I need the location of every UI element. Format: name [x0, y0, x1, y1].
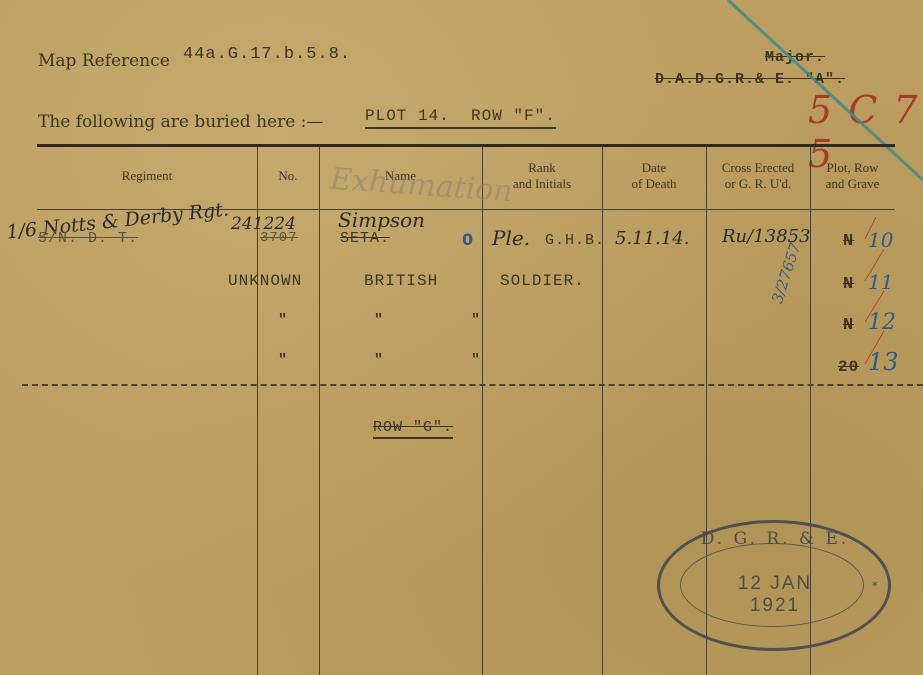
regiment-struck: 5/N. D. T. — [38, 230, 138, 247]
stamp-date: 12 JAN 1921 — [710, 573, 840, 617]
initials: G.H.B. — [545, 232, 605, 249]
name-handwritten: Simpson — [338, 208, 425, 232]
stamp-org: D. G. R. & E. — [690, 529, 860, 549]
red-tick-marks — [840, 215, 900, 385]
col-header-plot-line1: Plot, Row — [810, 160, 895, 176]
service-number-struck: 3707 — [260, 230, 298, 246]
dashed-separator — [22, 384, 923, 386]
dgre-stamp: D. G. R. & E. 12 JAN 1921 * — [657, 520, 891, 651]
ditto-mark: " — [471, 352, 481, 369]
ditto-mark: " — [278, 312, 288, 329]
rank-handwritten: Ple. — [492, 226, 530, 250]
col-header-date: Date of Death — [602, 160, 706, 192]
ditto-mark: " — [374, 352, 384, 369]
ditto-mark: " — [278, 352, 288, 369]
col-header-date-line2: of Death — [602, 176, 706, 192]
row-g-struck: ROW "G". — [373, 419, 453, 439]
col-header-cross: Cross Erected or G. R. U'd. — [706, 160, 810, 192]
column-divider — [602, 147, 603, 675]
col-header-plot: Plot, Row and Grave — [810, 160, 895, 192]
column-divider — [482, 147, 483, 675]
table-top-rule — [37, 144, 895, 147]
col-header-plot-line2: and Grave — [810, 176, 895, 192]
col-header-cross-line1: Cross Erected — [706, 160, 810, 176]
unknown-soldier-text: UNKNOWN BRITISH SOLDIER. — [228, 272, 585, 290]
col-header-regiment: Regiment — [37, 168, 257, 184]
blue-check-mark: 0 — [462, 230, 473, 249]
col-header-cross-line2: or G. R. U'd. — [706, 176, 810, 192]
col-header-date-line1: Date — [602, 160, 706, 176]
col-header-no: No. — [257, 168, 319, 184]
stamp-star-icon: * — [872, 579, 878, 593]
name-struck: SETA. — [340, 230, 390, 247]
column-divider — [319, 147, 320, 675]
ditto-mark: " — [374, 312, 384, 329]
ditto-mark: " — [471, 312, 481, 329]
date-of-death: 5.11.14. — [615, 228, 689, 249]
